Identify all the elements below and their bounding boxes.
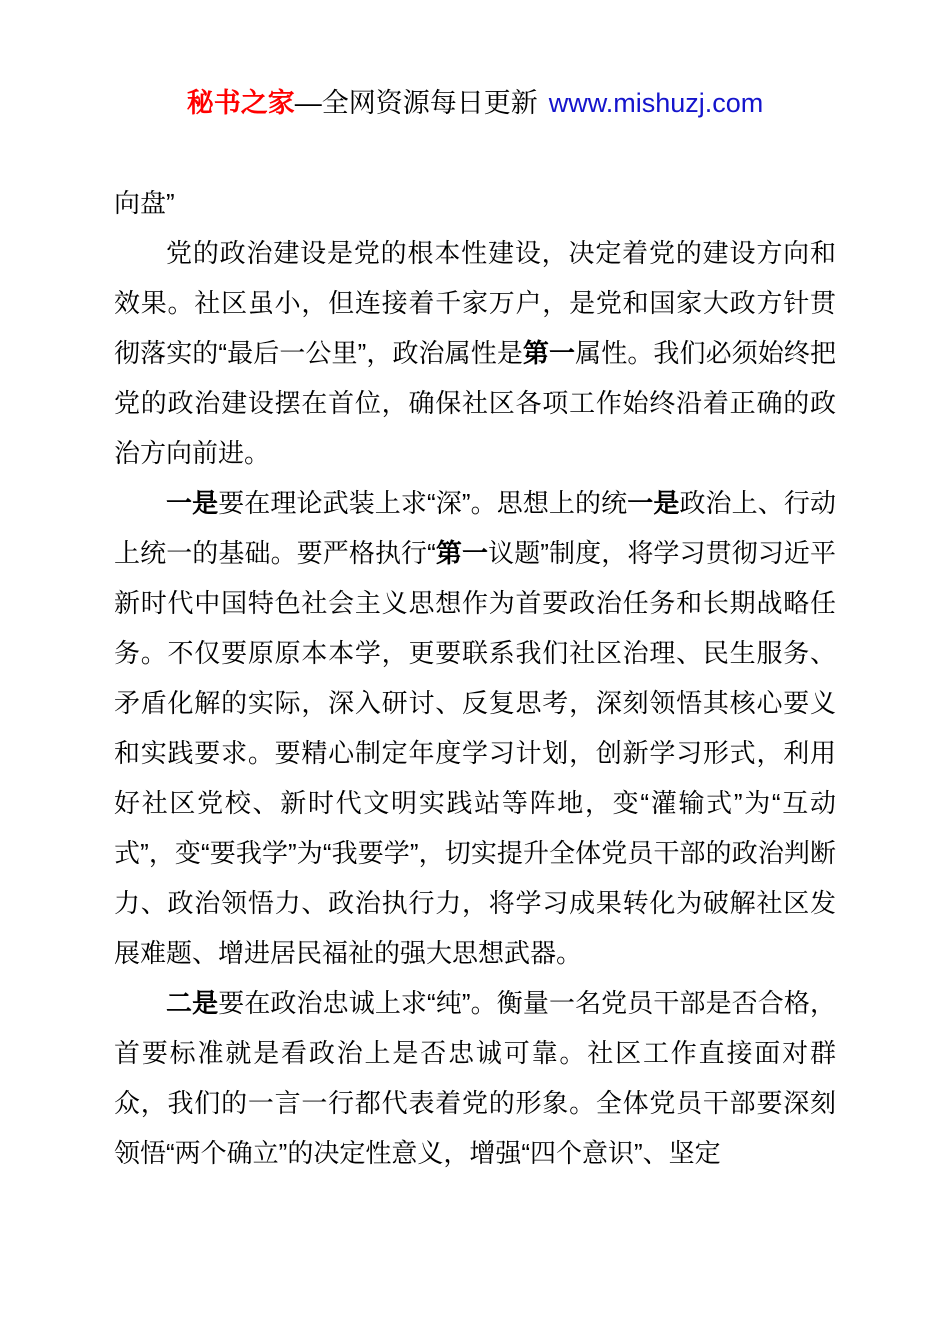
paragraph: 二是要在政治忠诚上求“纯”。衡量一名党员干部是否合格，首要标准就是看政治上是否忠… xyxy=(114,978,836,1178)
document-body: 向盘”党的政治建设是党的根本性建设，决定着党的建设方向和效果。社区虽小，但连接着… xyxy=(114,178,836,1178)
bold-text-run: 一是 xyxy=(166,488,218,518)
bold-text-run: 一是 xyxy=(627,488,679,518)
bold-text-run: 二是 xyxy=(166,988,218,1018)
bold-text-run: 第一 xyxy=(436,538,488,568)
paragraph: 党的政治建设是党的根本性建设，决定着党的建设方向和效果。社区虽小，但连接着千家万… xyxy=(114,228,836,478)
site-tagline: —全网资源每日更新 xyxy=(295,88,538,118)
text-run: 向盘” xyxy=(114,188,175,218)
text-run: 要在政治忠诚上求“纯”。衡量一名党员干部是否合格，首要标准就是看政治上是否忠诚可… xyxy=(114,988,836,1168)
text-run: 要在理论武装上求“深”。思想上的统 xyxy=(218,488,627,518)
document-page: 秘书之家—全网资源每日更新www.mishuzj.com 向盘”党的政治建设是党… xyxy=(0,0,950,1344)
paragraph: 一是要在理论武装上求“深”。思想上的统一是政治上、行动上统一的基础。要严格执行“… xyxy=(114,478,836,978)
site-name: 秘书之家 xyxy=(187,88,295,118)
text-run: 议题”制度，将学习贯彻习近平新时代中国特色社会主义思想作为首要政治任务和长期战略… xyxy=(114,538,836,968)
paragraph: 向盘” xyxy=(114,178,836,228)
site-header: 秘书之家—全网资源每日更新www.mishuzj.com xyxy=(0,86,950,120)
bold-text-run: 第一 xyxy=(523,338,575,368)
site-url-link[interactable]: www.mishuzj.com xyxy=(549,88,764,118)
